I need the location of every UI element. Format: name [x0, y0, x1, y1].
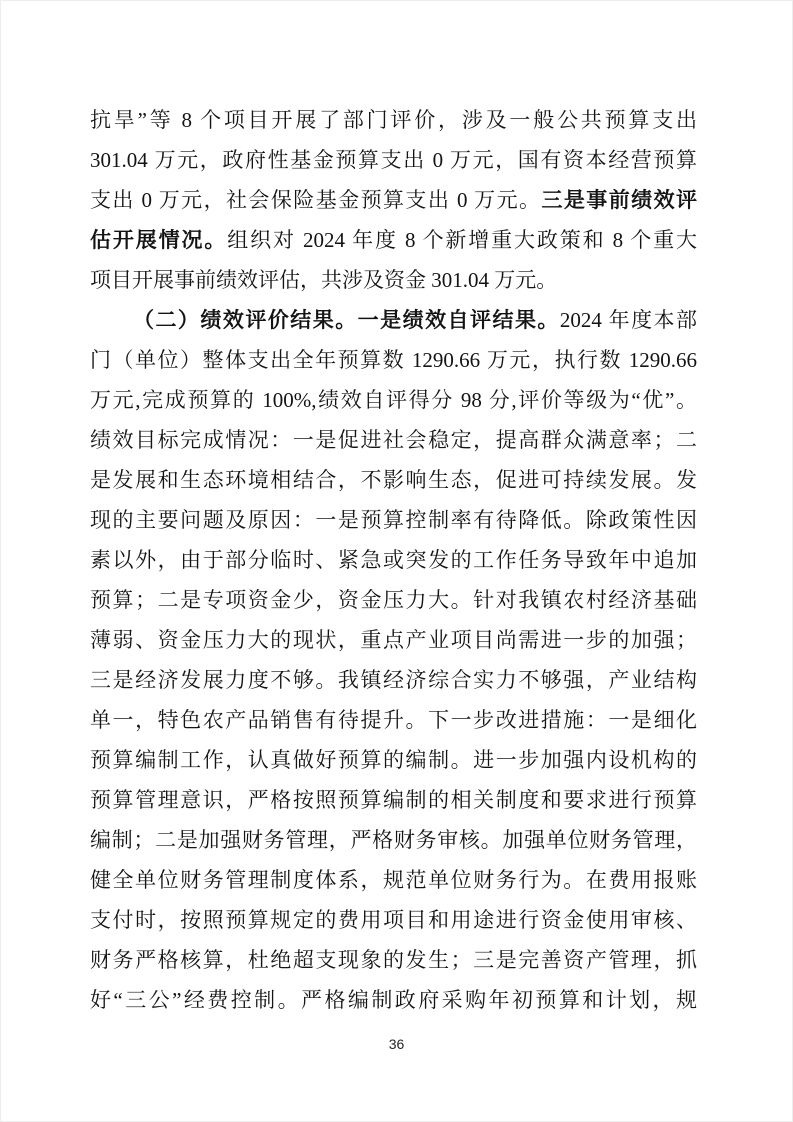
text-segment: 单一，特色农产品销售有待提升。下一步改进措施：一是细化 [90, 708, 697, 732]
text-line: 编制；二是加强财务管理，严格财务审核。加强单位财务管理， [90, 820, 697, 860]
text-segment: 三是经济发展力度不够。我镇经济综合实力不够强，产业结构 [90, 668, 697, 692]
text-segment: 预算编制工作，认真做好预算的编制。进一步加强内设机构的 [90, 748, 697, 772]
page-number: 36 [0, 1034, 793, 1054]
text-line: 财务严格核算，杜绝超支现象的发生；三是完善资产管理，抓 [90, 940, 697, 980]
document-page: 抗旱”等 8 个项目开展了部门评价，涉及一般公共预算支出301.04 万元，政府… [0, 0, 793, 1122]
text-segment: 绩效目标完成情况：一是促进社会稳定，提高群众满意率；二 [90, 428, 697, 452]
text-line: 支付时，按照预算规定的费用项目和用途进行资金使用审核、 [90, 900, 697, 940]
text-line: （二）绩效评价结果。一是绩效自评结果。2024 年度本部 [90, 300, 697, 340]
text-segment: 万元,完成预算的 100%,绩效自评得分 98 分,评价等级为“优”。 [90, 388, 697, 412]
text-segment: 预算；二是专项资金少，资金压力大。针对我镇农村经济基础 [90, 588, 697, 612]
text-segment: 薄弱、资金压力大的现状，重点产业项目尚需进一步的加强； [90, 628, 697, 652]
text-segment: 素以外，由于部分临时、紧急或突发的工作任务导致年中追加 [90, 548, 697, 572]
body-text: 抗旱”等 8 个项目开展了部门评价，涉及一般公共预算支出301.04 万元，政府… [90, 100, 697, 1020]
text-line: 好“三公”经费控制。严格编制政府采购年初预算和计划，规 [90, 980, 697, 1020]
text-segment: 现的主要问题及原因：一是预算控制率有待降低。除政策性因 [90, 508, 697, 532]
text-line: 现的主要问题及原因：一是预算控制率有待降低。除政策性因 [90, 500, 697, 540]
text-segment: 好“三公”经费控制。严格编制政府采购年初预算和计划，规 [90, 988, 697, 1012]
text-line: 健全单位财务管理制度体系，规范单位财务行为。在费用报账 [90, 860, 697, 900]
text-segment: 是发展和生态环境相结合，不影响生态，促进可持续发展。发 [90, 468, 697, 492]
text-line: 单一，特色农产品销售有待提升。下一步改进措施：一是细化 [90, 700, 697, 740]
text-segment: 2024 年度本部 [560, 308, 697, 332]
text-segment: 门（单位）整体支出全年预算数 1290.66 万元，执行数 1290.66 [90, 348, 697, 372]
text-segment: 健全单位财务管理制度体系，规范单位财务行为。在费用报账 [90, 868, 697, 892]
text-line: 薄弱、资金压力大的现状，重点产业项目尚需进一步的加强； [90, 620, 697, 660]
text-line: 是发展和生态环境相结合，不影响生态，促进可持续发展。发 [90, 460, 697, 500]
text-line: 三是经济发展力度不够。我镇经济综合实力不够强，产业结构 [90, 660, 697, 700]
text-segment: 支付时，按照预算规定的费用项目和用途进行资金使用审核、 [90, 908, 697, 932]
text-line: 项目开展事前绩效评估，共涉及资金 301.04 万元。 [90, 260, 697, 300]
text-line: 预算管理意识，严格按照预算编制的相关制度和要求进行预算 [90, 780, 697, 820]
text-line: 估开展情况。组织对 2024 年度 8 个新增重大政策和 8 个重大 [90, 220, 697, 260]
text-segment: 编制；二是加强财务管理，严格财务审核。加强单位财务管理， [90, 828, 697, 852]
text-segment: 支出 0 万元，社会保险基金预算支出 0 万元。 [90, 188, 541, 212]
text-line: 预算编制工作，认真做好预算的编制。进一步加强内设机构的 [90, 740, 697, 780]
text-segment: 组织对 2024 年度 8 个新增重大政策和 8 个重大 [227, 228, 697, 252]
text-segment-bold: 估开展情况。 [90, 228, 227, 252]
text-segment: 项目开展事前绩效评估，共涉及资金 301.04 万元。 [90, 268, 557, 292]
text-line: 支出 0 万元，社会保险基金预算支出 0 万元。三是事前绩效评 [90, 180, 697, 220]
text-segment-bold: （二）绩效评价结果。一是绩效自评结果。 [133, 308, 560, 332]
text-segment: 财务严格核算，杜绝超支现象的发生；三是完善资产管理，抓 [90, 948, 697, 972]
text-line: 素以外，由于部分临时、紧急或突发的工作任务导致年中追加 [90, 540, 697, 580]
text-line: 预算；二是专项资金少，资金压力大。针对我镇农村经济基础 [90, 580, 697, 620]
text-segment-bold: 三是事前绩效评 [541, 188, 697, 212]
text-line: 301.04 万元，政府性基金预算支出 0 万元，国有资本经营预算 [90, 140, 697, 180]
text-line: 万元,完成预算的 100%,绩效自评得分 98 分,评价等级为“优”。 [90, 380, 697, 420]
text-line: 门（单位）整体支出全年预算数 1290.66 万元，执行数 1290.66 [90, 340, 697, 380]
text-segment: 301.04 万元，政府性基金预算支出 0 万元，国有资本经营预算 [90, 148, 697, 172]
text-segment: 抗旱”等 8 个项目开展了部门评价，涉及一般公共预算支出 [90, 108, 697, 132]
text-line: 抗旱”等 8 个项目开展了部门评价，涉及一般公共预算支出 [90, 100, 697, 140]
text-line: 绩效目标完成情况：一是促进社会稳定，提高群众满意率；二 [90, 420, 697, 460]
text-segment: 预算管理意识，严格按照预算编制的相关制度和要求进行预算 [90, 788, 697, 812]
